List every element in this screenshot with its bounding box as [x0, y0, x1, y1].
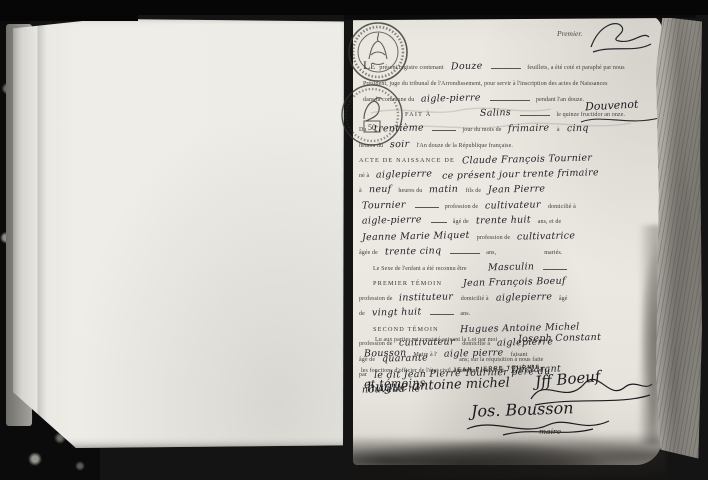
handwritten-entry: Bousson: [364, 349, 407, 359]
printed-text: ans.: [460, 311, 470, 317]
printed-text: âgé de: [453, 219, 469, 225]
handwritten-entry: matin: [429, 185, 458, 195]
handwritten-entry: Claude François Tournier: [462, 154, 592, 166]
handwritten-entry: neuf: [369, 185, 392, 195]
book-fore-edge: [656, 17, 702, 463]
text-line: Acte de naissance de Claude François Tou…: [359, 152, 659, 167]
blank-rule: [415, 201, 439, 208]
blank-rule: [491, 62, 521, 69]
right-page-acte: 50 Premier. Le présent registre contenan…: [353, 15, 662, 465]
handwritten-entry: soir: [390, 139, 410, 149]
printed-text: pendant l'an douze.: [536, 97, 584, 103]
printed-text: Le: [363, 58, 375, 72]
handwritten-entry: aigle-pierre: [421, 93, 481, 104]
handwritten-entry: vingt huit: [372, 307, 422, 318]
printed-text: à: [359, 188, 362, 194]
handwritten-entry: Tournier: [362, 200, 406, 210]
blank-rule: [430, 308, 454, 315]
text-line: âgée de trente cinq ans, mariés.: [359, 244, 659, 260]
handwritten-entry: ce présent jour trente frimaire: [442, 168, 599, 181]
top-scan-border: [0, 0, 708, 15]
folio-label: Premier.: [557, 29, 582, 38]
handwritten-entry: cultivateur: [485, 200, 541, 211]
text-line: aigle-pierre âgé de trente huit ans, et …: [359, 213, 659, 229]
printed-text: fils de: [466, 188, 482, 194]
handwritten-entry: Jean François Boeuf: [449, 277, 566, 289]
printed-text: né à: [359, 173, 369, 179]
handwritten-entry: aigle-pierre: [362, 215, 422, 226]
handwritten-entry: trente cinq: [385, 246, 442, 257]
judge-signature: Douvenot: [585, 99, 639, 113]
printed-text: feuillets, a été coté et paraphé par nou…: [527, 65, 624, 71]
text-line: à neuf heures du matin fils de Jean Pier…: [359, 182, 659, 198]
blank-rule: [543, 263, 567, 270]
blank-rule: [431, 216, 447, 223]
printed-text: Premier témoin: [373, 280, 442, 287]
printed-text: heures du: [359, 143, 383, 149]
handwritten-entry: instituteur: [399, 292, 453, 303]
text-line: né à aiglepierre ce présent jour trente …: [359, 167, 659, 183]
handwritten-entry: cultivatrice: [517, 231, 576, 242]
blank-rule: [432, 124, 456, 131]
handwritten-entry: aigle pierre: [444, 349, 504, 360]
printed-text: domicilié à: [461, 296, 489, 302]
handwritten-entry: cinq: [567, 124, 589, 134]
printed-text: ans,: [486, 250, 496, 256]
printed-text: ans, et de: [538, 219, 562, 225]
text-line: heures du soir l'An douze de la Républiq…: [359, 137, 659, 153]
printed-text: profession de: [477, 235, 510, 241]
printed-text: l'An douze de la République française.: [416, 143, 513, 149]
printed-text: de: [359, 311, 365, 317]
printed-text: Le Sexe de l'enfant a été reconnu être: [373, 266, 467, 272]
printed-text: à: [557, 127, 560, 133]
handwritten-entry: trentième: [373, 123, 423, 134]
text-line: Jeanne Marie Miquet profession de cultiv…: [359, 229, 659, 245]
printed-text: âgé: [559, 296, 568, 302]
printed-text: dans la commune du: [363, 97, 414, 103]
handwritten-entry: Masculin: [474, 262, 535, 273]
text-line: de vingt huit ans.: [359, 305, 659, 321]
left-page-blank: [13, 18, 344, 448]
printed-text: Maire à l': [414, 352, 438, 358]
text-line: Président, juge du tribunal de l'Arrondi…: [363, 75, 659, 91]
text-line: Premier témoin Jean François Boeuf: [359, 275, 659, 290]
handwritten-entry: aiglepierre: [496, 292, 552, 303]
text-line: Le présent registre contenant Douze feui…: [363, 59, 659, 75]
handwritten-entry: trente huit: [476, 215, 531, 226]
printed-text: mariés.: [544, 250, 562, 256]
printed-text: profession de: [445, 204, 478, 210]
printed-text: domicilié à: [548, 204, 576, 210]
handwritten-entry: Douze: [451, 62, 483, 72]
handwritten-entry: Jean Pierre: [488, 184, 545, 195]
printed-text: présent registre contenant: [379, 65, 443, 71]
handwritten-entry: Joseph Constant: [504, 333, 601, 345]
text-line: Le Sexe de l'enfant a été reconnu être M…: [359, 260, 659, 276]
text-line: Lu aux parties, et constaté suivant la L…: [361, 331, 659, 346]
handwritten-entry: frimaire: [508, 124, 550, 134]
bottom-smudge: [349, 428, 666, 478]
scanned-register-spread: 50 Premier. Le présent registre contenan…: [0, 0, 708, 480]
text-line: Bousson Maire à l' aigle pierre faisant: [361, 346, 659, 361]
printed-text: Président, juge du tribunal de l'Arrondi…: [363, 81, 608, 87]
handwritten-entry: Jeanne Marie Miquet: [362, 230, 470, 242]
blank-rule: [490, 94, 530, 101]
printed-text: âgée de: [359, 250, 378, 256]
text-line: Du trentième jour du mois de frimaire à …: [359, 121, 659, 137]
text-line: Tournier profession de cultivateur domic…: [359, 198, 659, 214]
printed-text: heures du: [398, 188, 422, 194]
text-line: profession de instituteur domicilié à ai…: [359, 290, 659, 306]
printed-text: profession de: [359, 296, 392, 302]
printed-text: Lu aux parties, et constaté suivant la L…: [375, 337, 497, 343]
blank-rule: [450, 247, 480, 254]
printed-text: faisant: [511, 352, 528, 358]
handwritten-entry: aiglepierre: [376, 169, 432, 180]
printed-text: Acte de naissance de: [359, 157, 455, 164]
blank-rule: [520, 109, 550, 116]
paraph-flourish-icon: [589, 17, 655, 59]
printed-text: jour du mois de: [462, 127, 501, 133]
printed-text: Du: [359, 127, 367, 133]
